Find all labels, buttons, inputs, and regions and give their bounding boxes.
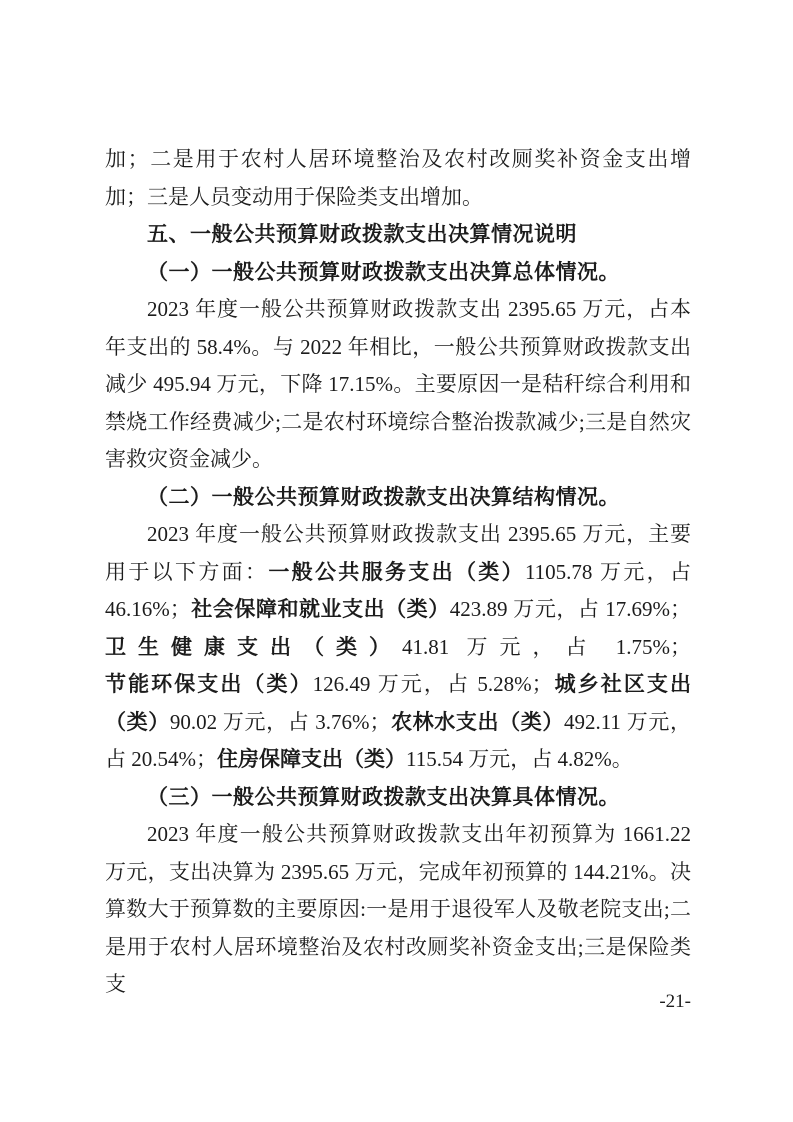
text-segment: 41.81 万元，占 1.75%； [402, 635, 691, 659]
page-number: -21- [659, 991, 691, 1012]
bold-text-segment: 社会保障和就业支出（类） [191, 598, 450, 621]
bold-text-segment: （三）一般公共预算财政拨款支出决算具体情况。 [147, 786, 620, 809]
bold-text-segment: 卫生健康支出（类） [105, 636, 402, 659]
bold-text-segment: 农林水支出（类） [390, 711, 563, 734]
paragraph-specific-situation: 2023 年度一般公共预算财政拨款支出年初预算为 1661.22 万元，支出决算… [105, 816, 691, 1004]
section-heading-5: 五、一般公共预算财政拨款支出决算情况说明 [105, 216, 691, 254]
bold-text-segment: （二）一般公共预算财政拨款支出决算结构情况。 [147, 486, 620, 509]
page-footer: -21- [105, 989, 691, 1015]
document-text-block: 加；二是用于农村人居环境整治及农村改厕奖补资金支出增加；三是人员变动用于保险类支… [105, 141, 691, 1004]
paragraph-overall-situation: 2023 年度一般公共预算财政拨款支出 2395.65 万元，占本年支出的 58… [105, 291, 691, 479]
text-segment: 加；二是用于农村人居环境整治及农村改厕奖补资金支出增加；三是人员变动用于保险类支… [105, 147, 691, 209]
bold-text-segment: 五、一般公共预算财政拨款支出决算情况说明 [147, 223, 577, 246]
paragraph-structure-breakdown: 2023 年度一般公共预算财政拨款支出 2395.65 万元，主要用于以下方面：… [105, 516, 691, 779]
text-segment: 2023 年度一般公共预算财政拨款支出 2395.65 万元，占本年支出的 58… [105, 297, 691, 471]
document-page: 加；二是用于农村人居环境整治及农村改厕奖补资金支出增加；三是人员变动用于保险类支… [0, 0, 793, 1122]
bold-text-segment: 节能环保支出（类） [105, 673, 313, 696]
subsection-heading-5-1: （一）一般公共预算财政拨款支出决算总体情况。 [105, 254, 691, 292]
bold-text-segment: 住房保障支出（类） [217, 748, 406, 771]
subsection-heading-5-3: （三）一般公共预算财政拨款支出决算具体情况。 [105, 779, 691, 817]
text-segment: 126.49 万元，占 5.28%； [313, 672, 553, 696]
bold-text-segment: 一般公共服务支出（类） [268, 561, 525, 584]
text-segment: 90.02 万元，占 3.76%； [170, 710, 391, 734]
subsection-heading-5-2: （二）一般公共预算财政拨款支出决算结构情况。 [105, 479, 691, 517]
text-segment: 2023 年度一般公共预算财政拨款支出年初预算为 1661.22 万元，支出决算… [105, 822, 691, 996]
bold-text-segment: （一）一般公共预算财政拨款支出决算总体情况。 [147, 261, 620, 284]
text-segment: 423.89 万元，占 17.69%； [450, 597, 691, 621]
text-segment: 115.54 万元，占 4.82%。 [406, 747, 633, 771]
paragraph-continuation-from-previous-page: 加；二是用于农村人居环境整治及农村改厕奖补资金支出增加；三是人员变动用于保险类支… [105, 141, 691, 216]
